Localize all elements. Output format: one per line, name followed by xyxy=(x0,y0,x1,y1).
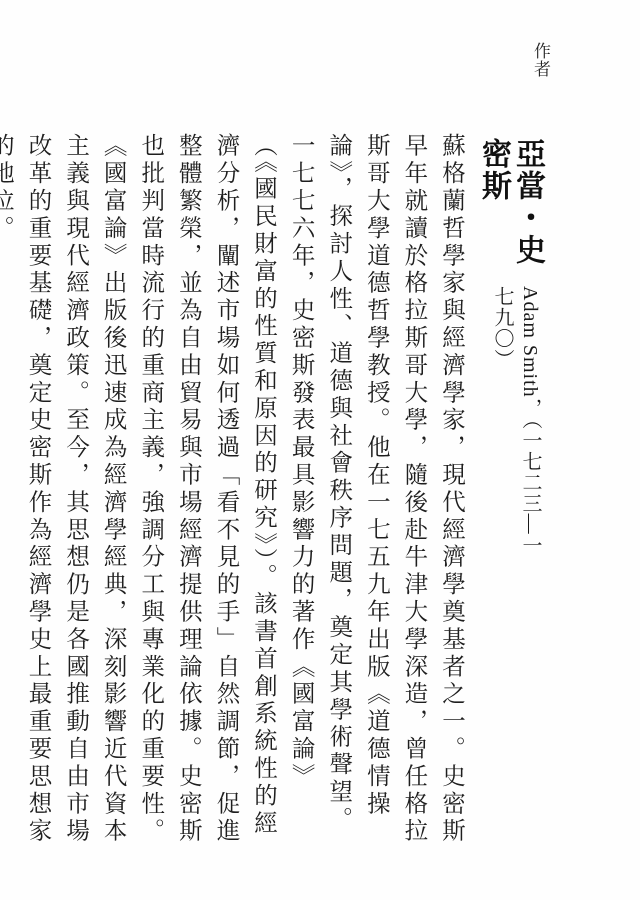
author-name-chinese: 亞當・史密斯 xyxy=(476,138,544,286)
biography-paragraph-1: 蘇格蘭哲學家與經濟學家，現代經濟學奠基者之一。史密斯早年就讀於格拉斯哥大學，隨後… xyxy=(320,133,470,849)
book-page: 作者 亞當・史密斯 Adam Smith，（一七二三—一七九〇） 蘇格蘭哲學家與… xyxy=(0,0,640,900)
biography-paragraph-2: 一七七六年，史密斯發表最具影響力的著作《國富論》（《國民財富的性質和原因的研究》… xyxy=(132,133,320,849)
author-biography: 蘇格蘭哲學家與經濟學家，現代經濟學奠基者之一。史密斯早年就讀於格拉斯哥大學，隨後… xyxy=(0,133,470,849)
biography-paragraph-3: 《國富論》出版後迅速成為經濟學經典，深刻影響近代資本主義與現代經濟政策。至今，其… xyxy=(0,133,132,849)
author-header: 亞當・史密斯 Adam Smith，（一七二三—一七九〇） xyxy=(476,138,544,558)
author-name-english-dates: Adam Smith，（一七二三—一七九〇） xyxy=(476,286,544,558)
section-label: 作者 xyxy=(530,42,550,78)
